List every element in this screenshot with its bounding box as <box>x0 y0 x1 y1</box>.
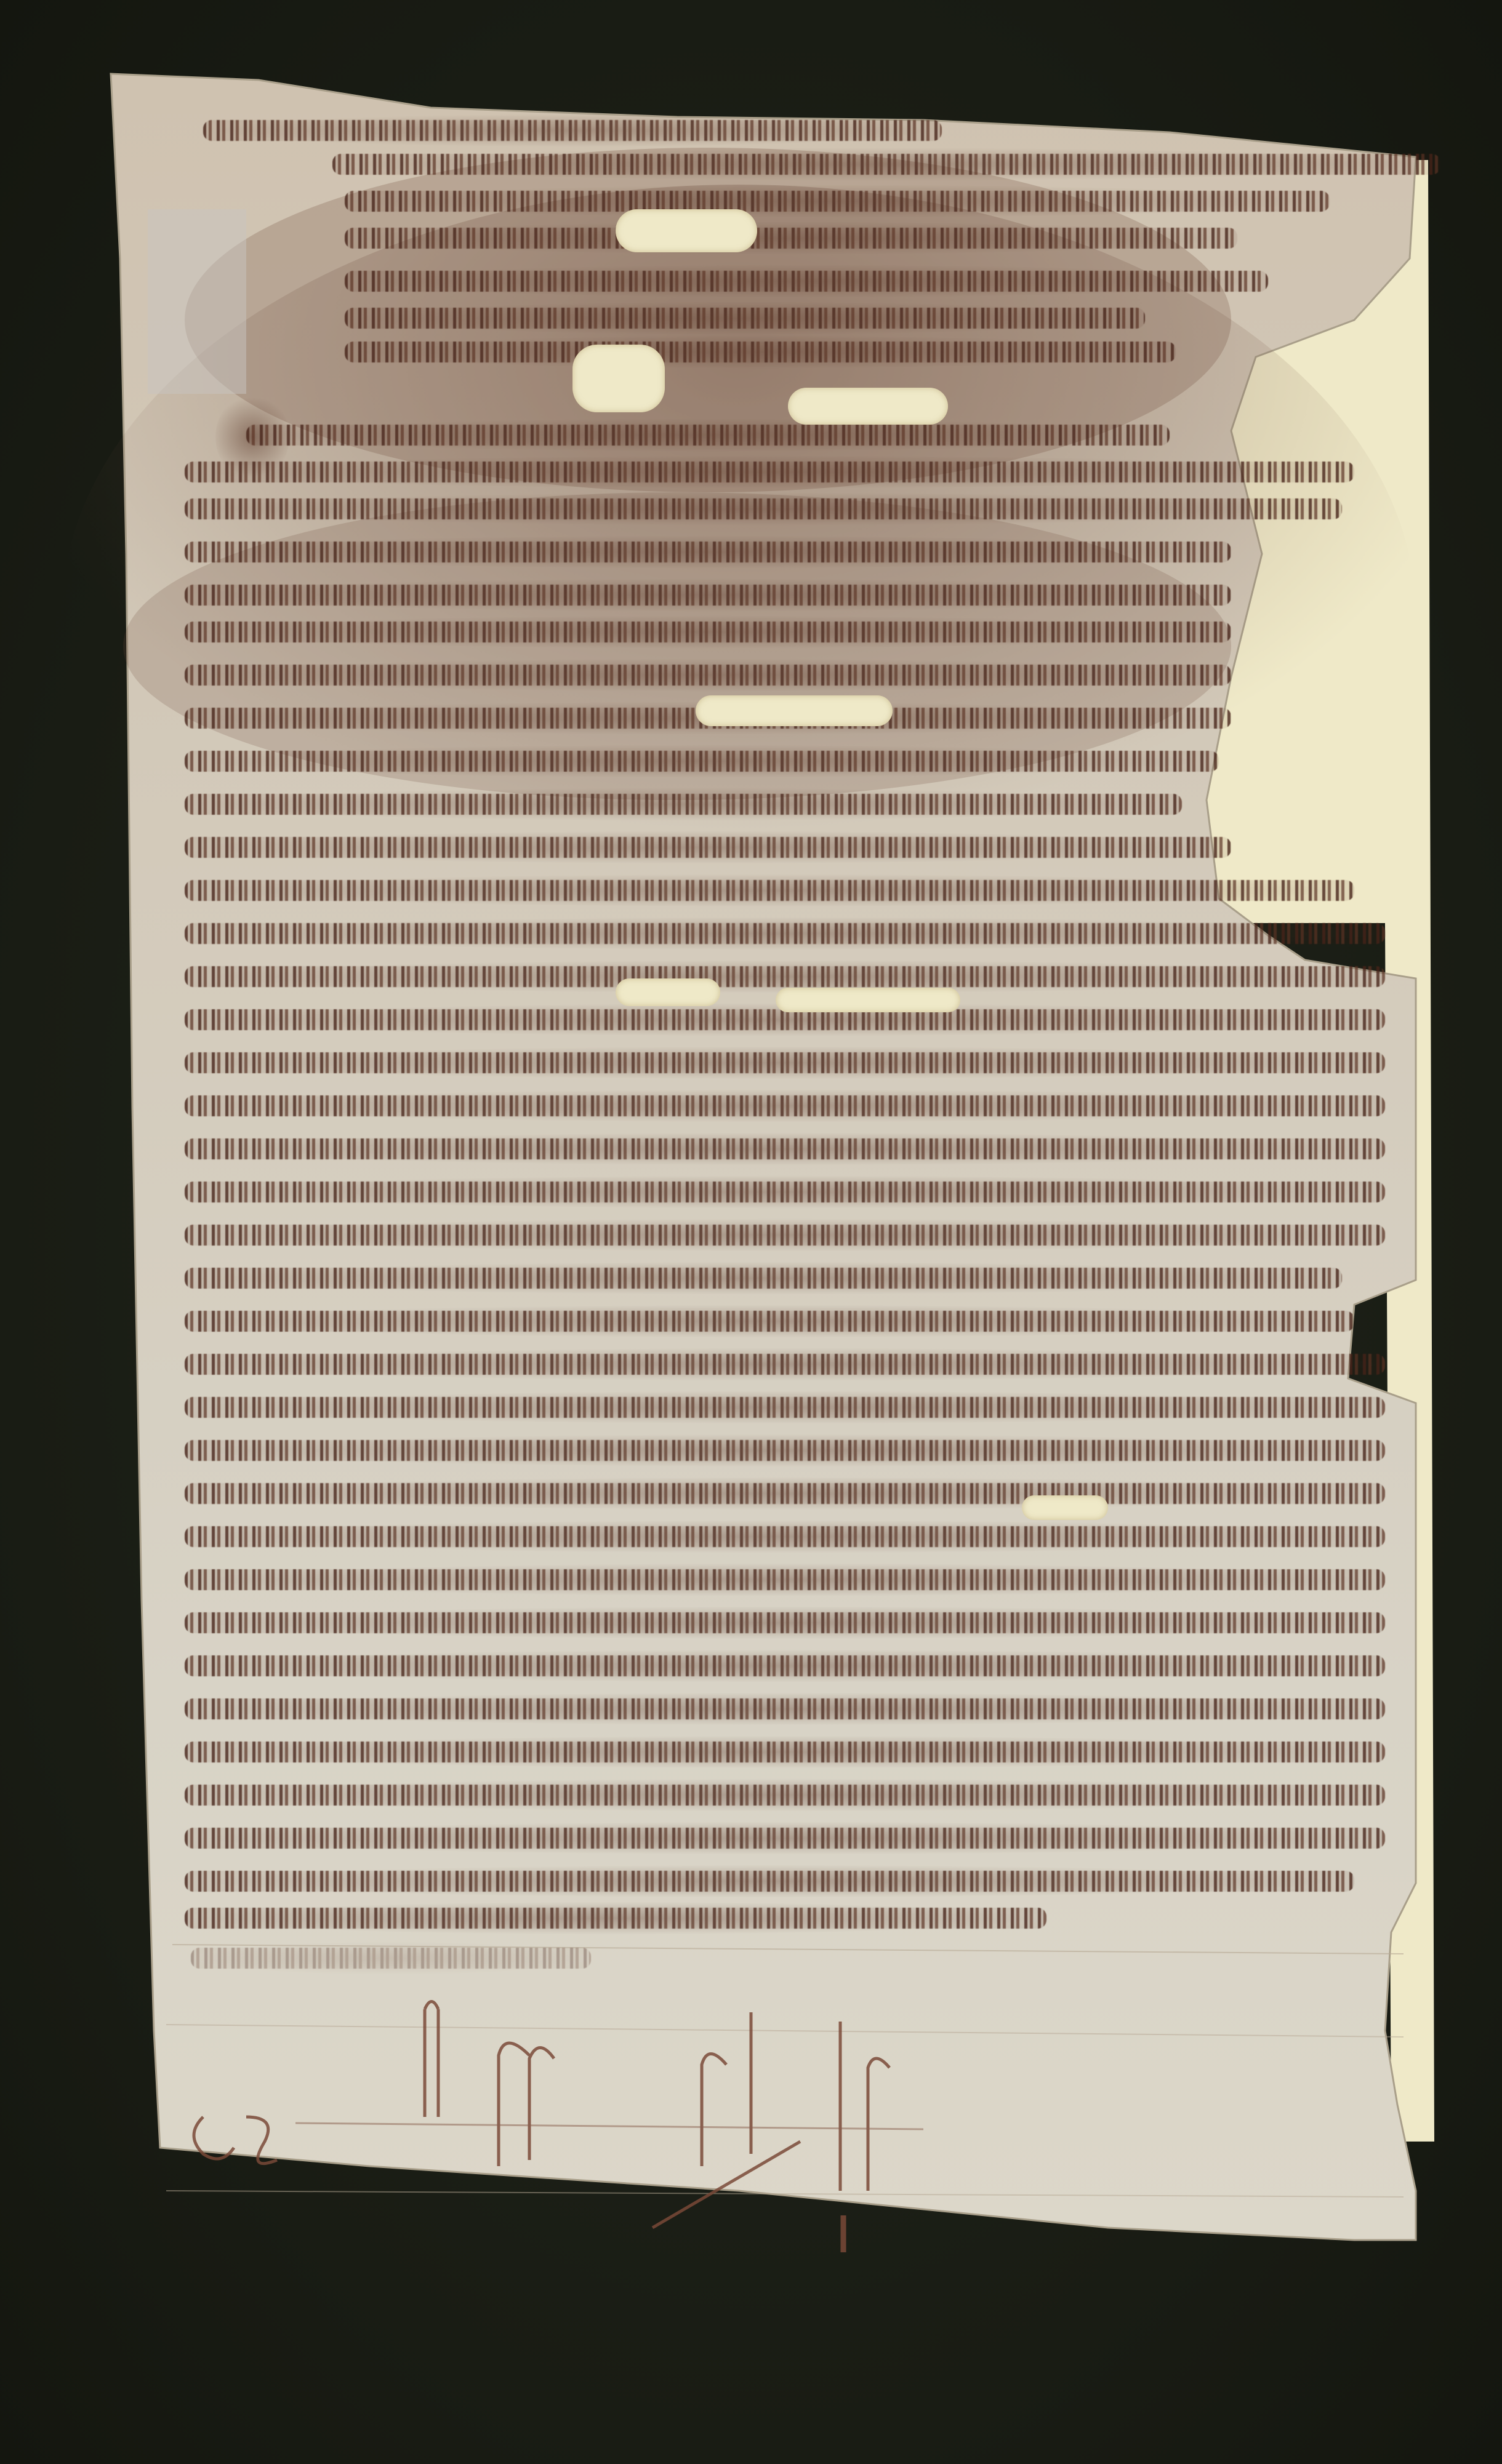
script-line <box>185 1095 1385 1116</box>
repair-patch <box>616 209 757 252</box>
script-line <box>345 271 1268 292</box>
script-line <box>345 191 1330 212</box>
script-line <box>345 228 1237 249</box>
manuscript-sheet: Manuscript charter (photograph) <box>0 0 1502 2464</box>
repair-patch <box>572 345 665 412</box>
script-line <box>332 154 1440 175</box>
script-line <box>185 585 1231 606</box>
script-line <box>185 1526 1385 1547</box>
script-line <box>185 966 1385 987</box>
script-line <box>185 1397 1385 1418</box>
repair-patch <box>616 978 720 1006</box>
script-line <box>185 1655 1385 1676</box>
repair-patch <box>1022 1495 1108 1520</box>
script-line <box>185 1052 1385 1073</box>
repair-patch <box>696 695 893 726</box>
script-line <box>185 1785 1385 1806</box>
script-line <box>185 1311 1354 1332</box>
script-line <box>345 342 1176 362</box>
script-line <box>185 1009 1385 1030</box>
script-line <box>185 542 1231 562</box>
script-line <box>185 498 1342 519</box>
script-line <box>185 794 1182 815</box>
script-line <box>185 1225 1385 1246</box>
script-line <box>191 1948 591 1969</box>
script-line <box>185 1742 1385 1762</box>
script-line <box>203 120 942 141</box>
script-line <box>345 308 1145 329</box>
script-line <box>185 1828 1385 1849</box>
repair-patch <box>788 388 948 425</box>
script-line <box>185 1612 1385 1633</box>
script-line <box>185 1138 1385 1159</box>
script-line <box>185 880 1354 901</box>
script-line <box>185 1182 1385 1202</box>
script-line <box>185 1569 1385 1590</box>
script-line <box>185 665 1231 686</box>
script-line <box>185 1483 1385 1504</box>
script-line <box>185 1268 1342 1289</box>
script-line <box>185 1871 1354 1892</box>
script-line <box>246 425 1170 446</box>
script-line <box>185 1908 1046 1929</box>
script-line <box>185 462 1354 482</box>
script-line <box>185 1440 1385 1461</box>
script-line <box>185 622 1231 642</box>
script-line <box>185 1354 1385 1375</box>
script-line <box>185 923 1385 944</box>
script-line <box>185 751 1219 772</box>
script-line <box>185 837 1231 858</box>
script-line <box>185 1698 1385 1719</box>
repair-patch <box>776 988 960 1012</box>
